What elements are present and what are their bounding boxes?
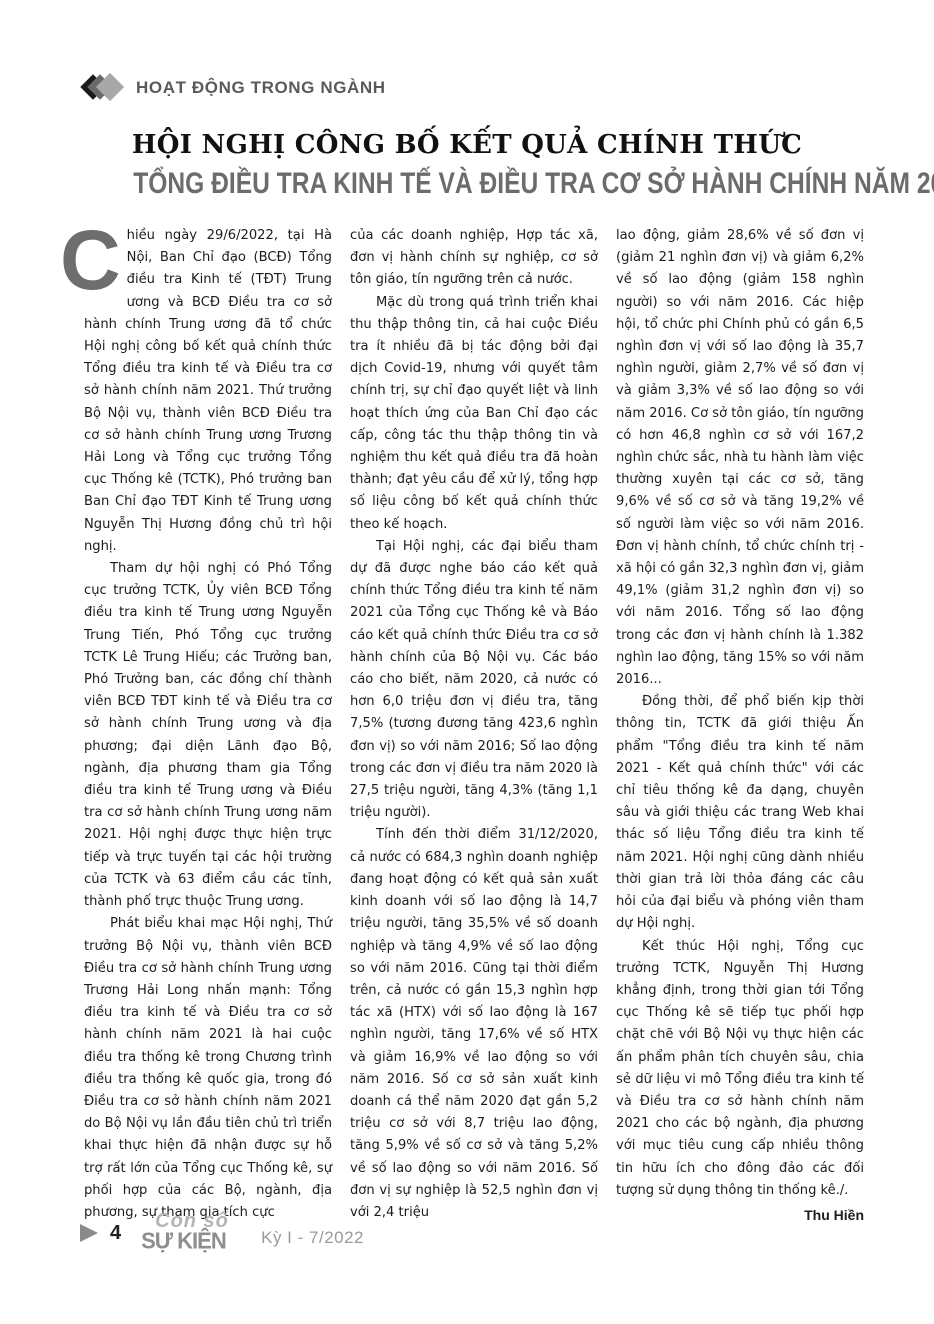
column-2: của các doanh nghiệp, Hợp tác xã, đơn vị… [350, 225, 598, 1226]
paragraph: Tại Hội nghị, các đại biểu tham dự đã đư… [350, 536, 598, 825]
paragraph: Tính đến thời điểm 31/12/2020, cả nước c… [350, 824, 598, 1224]
drop-cap: C [60, 227, 121, 293]
paragraph: Chiều ngày 29/6/2022, tại Hà Nội, Ban Ch… [84, 225, 332, 558]
column-1: Chiều ngày 29/6/2022, tại Hà Nội, Ban Ch… [84, 225, 332, 1226]
paragraph: Đồng thời, để phổ biến kịp thời thông ti… [616, 691, 864, 935]
paragraph: Kết thúc Hội nghị, Tổng cục trưởng TCTK,… [616, 936, 864, 1202]
headline-primary: HỘI NGHỊ CÔNG BỐ KẾT QUẢ CHÍNH THỨC [60, 130, 874, 160]
paragraph: Mặc dù trong quá trình triển khai thu th… [350, 292, 598, 536]
section-title: HOẠT ĐỘNG TRONG NGÀNH [136, 78, 386, 98]
author-byline: Thu Hiền [616, 1204, 864, 1226]
diamond-chevrons-icon [80, 74, 126, 102]
issue-label: Kỳ I - 7/2022 [261, 1228, 364, 1248]
column-3: lao động, giảm 28,6% về số đơn vị (giảm … [616, 225, 864, 1226]
play-arrow-icon [80, 1224, 98, 1242]
section-header: HOẠT ĐỘNG TRONG NGÀNH [80, 74, 386, 102]
paragraph: lao động, giảm 28,6% về số đơn vị (giảm … [616, 225, 864, 691]
paragraph: của các doanh nghiệp, Hợp tác xã, đơn vị… [350, 225, 598, 292]
page-footer: 4 Con số SỰ KIỆN Kỳ I - 7/2022 [80, 1212, 364, 1254]
magazine-logo: Con số SỰ KIỆN [141, 1212, 257, 1254]
headline-secondary: TỔNG ĐIỀU TRA KINH TẾ VÀ ĐIỀU TRA CƠ SỞ … [133, 167, 800, 201]
paragraph: Phát biểu khai mạc Hội nghị, Thứ trưởng … [84, 913, 332, 1224]
page-number: 4 [110, 1222, 121, 1245]
article-body: Chiều ngày 29/6/2022, tại Hà Nội, Ban Ch… [84, 225, 864, 1195]
paragraph: Tham dự hội nghị có Phó Tổng cục trưởng … [84, 558, 332, 913]
